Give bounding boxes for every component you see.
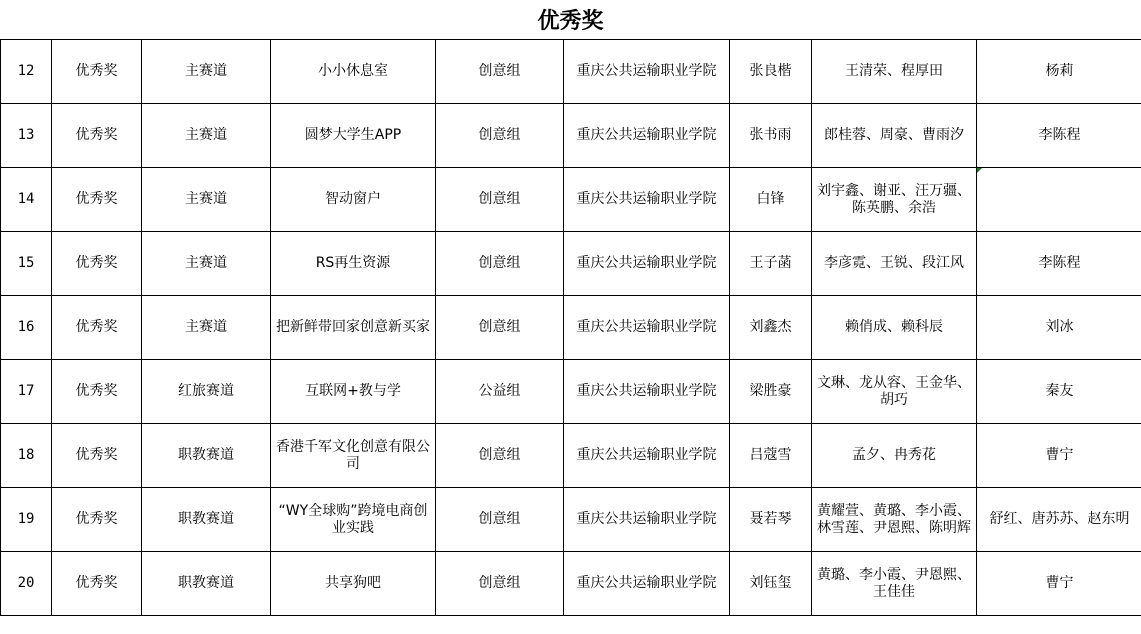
table-row: 14 优秀奖 主赛道 智动窗户 创意组 重庆公共运输职业学院 白锋 刘宇鑫、谢亚… [1,168,1141,232]
cell-group[interactable]: 创意组 [436,296,564,360]
cell-project[interactable]: 智动窗户 [271,168,436,232]
cell-leader[interactable]: 白锋 [730,168,812,232]
cell-group[interactable]: 创意组 [436,104,564,168]
table-row: 15 优秀奖 主赛道 RS再生资源 创意组 重庆公共运输职业学院 王子菡 李彦霓… [1,232,1141,296]
cell-members[interactable]: 郎桂蓉、周豪、曹雨汐 [812,104,977,168]
cell-leader[interactable]: 张书雨 [730,104,812,168]
cell-group[interactable]: 创意组 [436,424,564,488]
cell-track[interactable]: 主赛道 [142,40,271,104]
cell-school[interactable]: 重庆公共运输职业学院 [564,488,730,552]
comment-indicator-icon [977,168,982,173]
cell-project[interactable]: 圆梦大学生APP [271,104,436,168]
cell-mentor[interactable]: 李陈程 [977,232,1141,296]
cell-group[interactable]: 创意组 [436,488,564,552]
cell-project[interactable]: 共享狗吧 [271,552,436,616]
cell-school[interactable]: 重庆公共运输职业学院 [564,232,730,296]
cell-track[interactable]: 职教赛道 [142,424,271,488]
table-row: 13 优秀奖 主赛道 圆梦大学生APP 创意组 重庆公共运输职业学院 张书雨 郎… [1,104,1141,168]
cell-award[interactable]: 优秀奖 [52,424,142,488]
cell-project[interactable]: 香港千军文化创意有限公司 [271,424,436,488]
cell-track[interactable]: 红旅赛道 [142,360,271,424]
cell-school[interactable]: 重庆公共运输职业学院 [564,552,730,616]
cell-mentor[interactable]: 李陈程 [977,104,1141,168]
cell-number[interactable]: 12 [1,40,52,104]
cell-number[interactable]: 19 [1,488,52,552]
cell-track[interactable]: 主赛道 [142,232,271,296]
cell-award[interactable]: 优秀奖 [52,104,142,168]
cell-number[interactable]: 15 [1,232,52,296]
cell-mentor[interactable]: 杨莉 [977,40,1141,104]
awards-table: 12 优秀奖 主赛道 小小休息室 创意组 重庆公共运输职业学院 张良楷 王清荣、… [0,39,1141,616]
cell-members[interactable]: 黄璐、李小霞、尹恩熙、王佳佳 [812,552,977,616]
cell-group[interactable]: 创意组 [436,168,564,232]
cell-members[interactable]: 赖俏成、赖科辰 [812,296,977,360]
cell-school[interactable]: 重庆公共运输职业学院 [564,40,730,104]
cell-number[interactable]: 13 [1,104,52,168]
cell-leader[interactable]: 梁胜豪 [730,360,812,424]
cell-number[interactable]: 20 [1,552,52,616]
cell-number[interactable]: 14 [1,168,52,232]
cell-leader[interactable]: 张良楷 [730,40,812,104]
cell-track[interactable]: 主赛道 [142,168,271,232]
cell-leader[interactable]: 聂若琴 [730,488,812,552]
cell-award[interactable]: 优秀奖 [52,232,142,296]
cell-track[interactable]: 职教赛道 [142,552,271,616]
cell-members[interactable]: 文琳、龙从容、王金华、胡巧 [812,360,977,424]
cell-mentor[interactable]: 秦友 [977,360,1141,424]
cell-members[interactable]: 李彦霓、王锐、段江风 [812,232,977,296]
cell-school[interactable]: 重庆公共运输职业学院 [564,360,730,424]
cell-mentor[interactable] [977,168,1141,232]
cell-award[interactable]: 优秀奖 [52,552,142,616]
cell-members[interactable]: 黄耀萱、黄璐、李小霞、林雪莲、尹恩熙、陈明辉 [812,488,977,552]
cell-award[interactable]: 优秀奖 [52,360,142,424]
cell-track[interactable]: 主赛道 [142,104,271,168]
cell-mentor[interactable]: 曹宁 [977,424,1141,488]
table-row: 16 优秀奖 主赛道 把新鲜带回家创意新买家 创意组 重庆公共运输职业学院 刘鑫… [1,296,1141,360]
cell-group[interactable]: 公益组 [436,360,564,424]
cell-group[interactable]: 创意组 [436,232,564,296]
cell-group[interactable]: 创意组 [436,552,564,616]
cell-school[interactable]: 重庆公共运输职业学院 [564,168,730,232]
cell-mentor[interactable]: 刘冰 [977,296,1141,360]
cell-project[interactable]: RS再生资源 [271,232,436,296]
cell-project[interactable]: 把新鲜带回家创意新买家 [271,296,436,360]
cell-mentor[interactable]: 曹宁 [977,552,1141,616]
cell-mentor[interactable]: 舒红、唐苏苏、赵东明 [977,488,1141,552]
cell-project[interactable]: 互联网+教与学 [271,360,436,424]
table-row: 19 优秀奖 职教赛道 “WY全球购”跨境电商创业实践 创意组 重庆公共运输职业… [1,488,1141,552]
cell-leader[interactable]: 吕蔻雪 [730,424,812,488]
cell-members[interactable]: 王清荣、程厚田 [812,40,977,104]
cell-number[interactable]: 16 [1,296,52,360]
cell-award[interactable]: 优秀奖 [52,488,142,552]
cell-award[interactable]: 优秀奖 [52,168,142,232]
cell-number[interactable]: 17 [1,360,52,424]
cell-leader[interactable]: 刘钰玺 [730,552,812,616]
cell-members[interactable]: 孟夕、冉秀花 [812,424,977,488]
table-row: 20 优秀奖 职教赛道 共享狗吧 创意组 重庆公共运输职业学院 刘钰玺 黄璐、李… [1,552,1141,616]
table-row: 18 优秀奖 职教赛道 香港千军文化创意有限公司 创意组 重庆公共运输职业学院 … [1,424,1141,488]
cell-number[interactable]: 18 [1,424,52,488]
cell-track[interactable]: 主赛道 [142,296,271,360]
cell-group[interactable]: 创意组 [436,40,564,104]
cell-school[interactable]: 重庆公共运输职业学院 [564,424,730,488]
cell-leader[interactable]: 刘鑫杰 [730,296,812,360]
table-row: 17 优秀奖 红旅赛道 互联网+教与学 公益组 重庆公共运输职业学院 梁胜豪 文… [1,360,1141,424]
cell-track[interactable]: 职教赛道 [142,488,271,552]
cell-school[interactable]: 重庆公共运输职业学院 [564,296,730,360]
cell-project[interactable]: 小小休息室 [271,40,436,104]
cell-school[interactable]: 重庆公共运输职业学院 [564,104,730,168]
sheet-title: 优秀奖 [0,0,1141,39]
cell-leader[interactable]: 王子菡 [730,232,812,296]
cell-members[interactable]: 刘宇鑫、谢亚、汪万疆、陈英鹏、余浩 [812,168,977,232]
cell-award[interactable]: 优秀奖 [52,296,142,360]
cell-project[interactable]: “WY全球购”跨境电商创业实践 [271,488,436,552]
cell-award[interactable]: 优秀奖 [52,40,142,104]
table-row: 12 优秀奖 主赛道 小小休息室 创意组 重庆公共运输职业学院 张良楷 王清荣、… [1,40,1141,104]
